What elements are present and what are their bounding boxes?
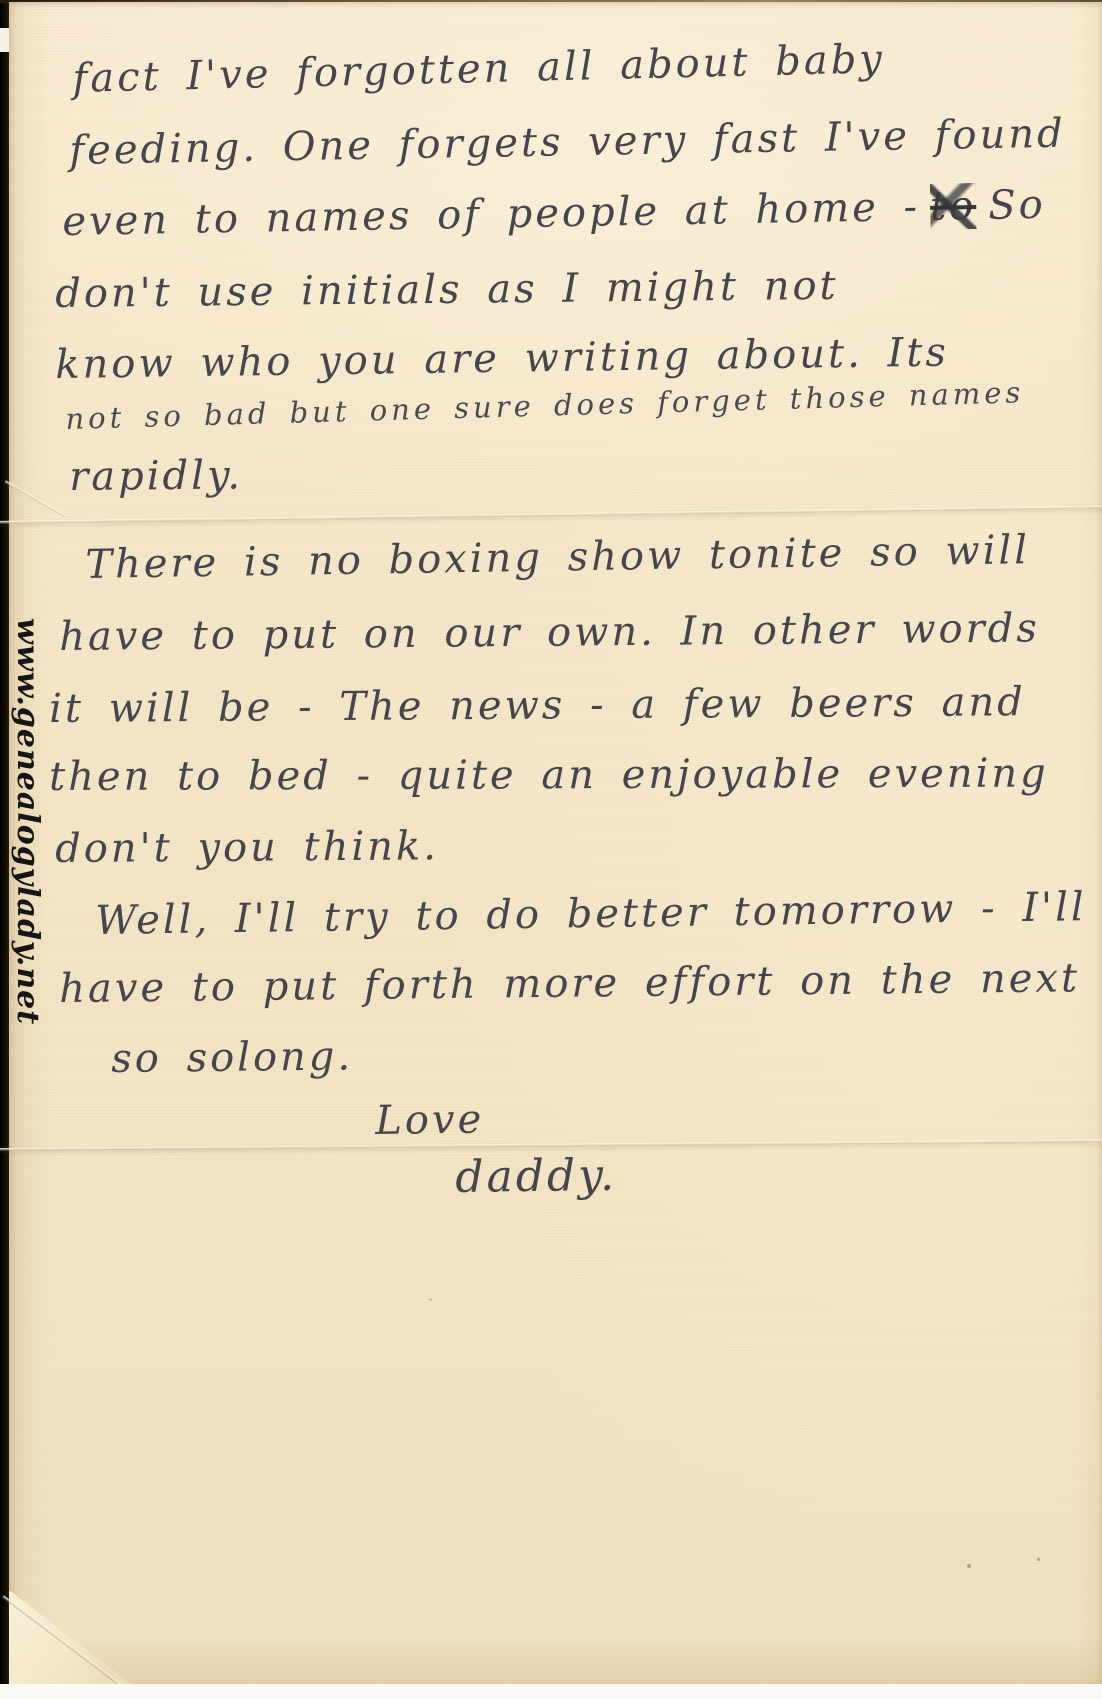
letter-line-3-after-strike: So [988, 182, 1046, 229]
letter-line-2: feeding. One forgets very fast I've foun… [69, 111, 1066, 174]
folded-corner [9, 1590, 131, 1684]
crossed-out-word: to [930, 183, 977, 230]
valediction: Love [375, 1096, 485, 1144]
letter-line-1: fact I've forgotten all about baby [72, 36, 885, 102]
fold-crease-upper [0, 505, 1102, 524]
paper-speck [967, 1564, 971, 1568]
letter-line-3: even to names of people at home -toSo [62, 182, 1046, 245]
scanned-letter-page: www.genealogylady.net fact I've forgotte… [0, 0, 1102, 1699]
fold-crease-lower [0, 1139, 1102, 1151]
letter-line-7: rapidly. [69, 452, 243, 500]
letter-line-10: it will be - The news - a few beers and [49, 679, 1026, 732]
letter-line-5: know who you are writing about. Its [55, 330, 949, 388]
paper-speck [1037, 1558, 1040, 1561]
paper-speck [709, 772, 712, 775]
letter-paper: www.genealogylady.net fact I've forgotte… [9, 2, 1102, 1684]
letter-line-13: Well, I'll try to do better tomorrow - I… [95, 884, 1087, 944]
letter-line-8: There is no boxing show tonite so will [85, 527, 1030, 588]
letter-line-4: don't use initials as I might not [55, 263, 839, 317]
letter-line-14: have to put forth more effort on the nex… [59, 955, 1080, 1012]
letter-line-11: then to bed - quite an enjoyable evening [49, 751, 1049, 800]
letter-line-3-before-strike: even to names of people at home - [62, 184, 920, 245]
signature: daddy. [455, 1150, 617, 1203]
fold-crease-branch [4, 480, 66, 518]
letter-line-9: have to put on our own. In other words [59, 605, 1040, 660]
watermark-url-text: www.genealogylady.net [10, 618, 45, 1025]
paper-speck [429, 1298, 432, 1301]
scan-edge-bottom [0, 1684, 1102, 1699]
letter-line-12: don't you think. [55, 823, 439, 872]
scan-edge-left [0, 0, 9, 1686]
letter-line-15: so solong. [111, 1033, 353, 1082]
